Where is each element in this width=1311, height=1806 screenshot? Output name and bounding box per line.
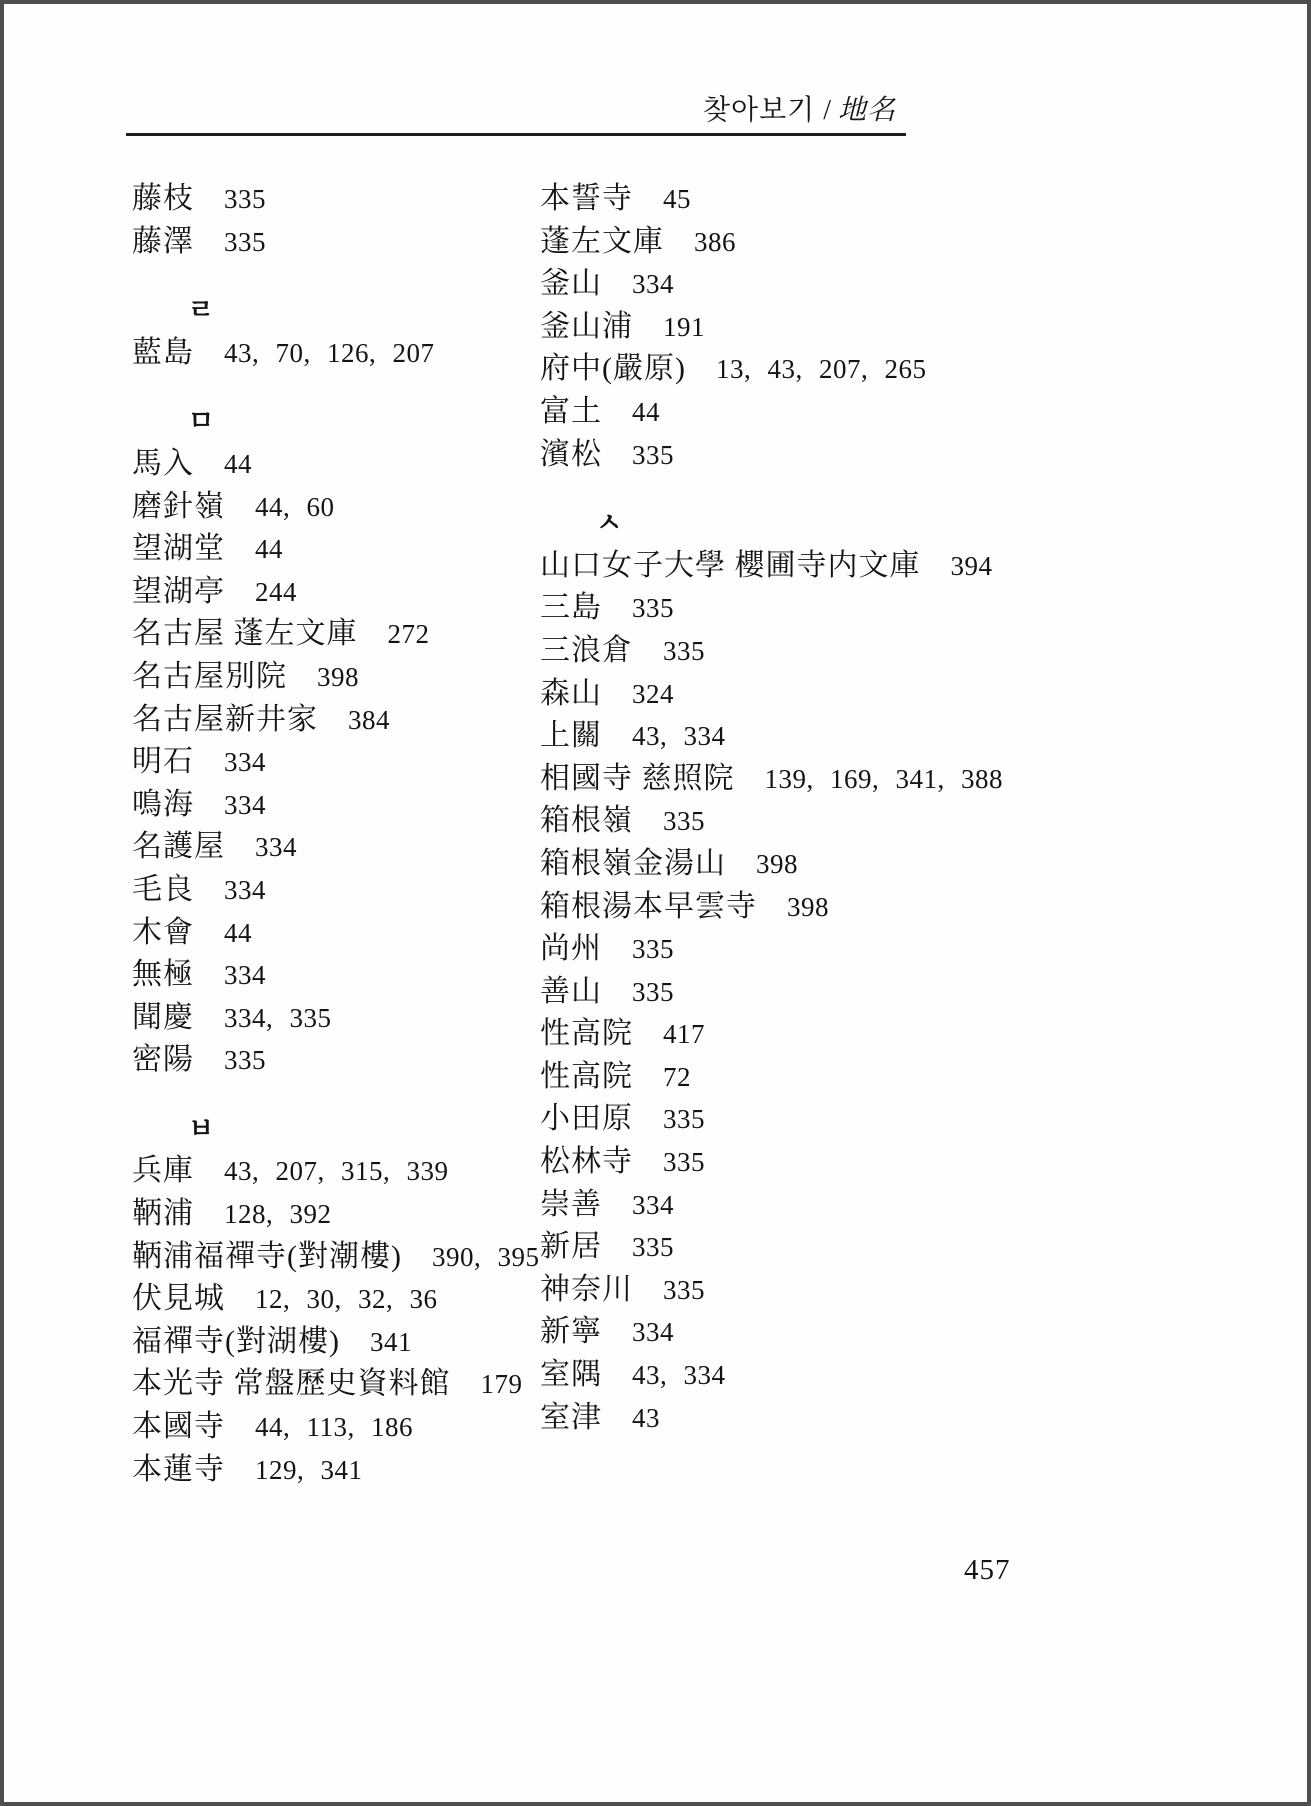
index-entry: 蓬左文庫386 [540,221,1040,264]
index-entry: 三島335 [540,587,1040,630]
entry-pages: 12, 30, 32, 36 [255,1278,438,1321]
index-entry: 小田原335 [540,1098,1040,1141]
entry-pages: 335 [663,1269,705,1312]
index-entry: 森山324 [540,673,1040,716]
entry-term: 府中(嚴原) [540,348,686,391]
index-entry: 上關43, 334 [540,715,1040,758]
entry-pages: 72 [663,1056,691,1099]
index-entry: 望湖亭244 [132,571,602,614]
index-entry: 名古屋別院398 [132,656,602,699]
entry-term: 本光寺 常盤歷史資料館 [132,1363,451,1406]
entry-term: 新居 [540,1226,602,1269]
entry-term: 福禪寺(對湖樓) [132,1321,340,1364]
entry-pages: 335 [632,928,674,971]
entry-pages: 335 [663,800,705,843]
entry-pages: 334 [632,1184,674,1227]
entry-term: 濱松 [540,434,602,477]
entry-term: 本蓮寺 [132,1449,225,1492]
entry-pages: 335 [663,1141,705,1184]
header-title-cjk: 地名 [838,95,896,126]
entry-term: 性高院 [540,1056,633,1099]
entry-pages: 334 [255,826,297,869]
entry-term: 藍島 [132,332,194,375]
entry-pages: 128, 392 [224,1193,332,1236]
index-entry: 釜山334 [540,263,1040,306]
index-entry: 無極334 [132,954,602,997]
entry-term: 毛良 [132,869,194,912]
index-entry: 本誓寺45 [540,178,1040,221]
entry-term: 藤枝 [132,178,194,221]
entry-pages: 386 [694,221,736,264]
index-entry: 箱根湯本早雲寺398 [540,886,1040,929]
index-entry: 望湖堂44 [132,528,602,571]
entry-term: 鳴海 [132,784,194,827]
entry-term: 伏見城 [132,1278,225,1321]
entry-term: 名古屋 蓬左文庫 [132,613,358,656]
entry-pages: 335 [224,1039,266,1082]
entry-term: 名古屋別院 [132,656,287,699]
entry-term: 三島 [540,587,602,630]
entry-pages: 335 [224,221,266,264]
entry-pages: 335 [632,434,674,477]
entry-pages: 335 [224,178,266,221]
entry-pages: 334 [632,1311,674,1354]
index-entry: 箱根嶺金湯山398 [540,843,1040,886]
entry-pages: 43, 70, 126, 207 [224,332,435,375]
entry-term: 箱根湯本早雲寺 [540,886,757,929]
entry-term: 箱根嶺金湯山 [540,843,726,886]
index-entry: 府中(嚴原)13, 43, 207, 265 [540,348,1040,391]
entry-pages: 44 [224,443,252,486]
index-entry: 室隅43, 334 [540,1354,1040,1397]
entry-term: 富土 [540,391,602,434]
entry-term: 藤澤 [132,221,194,264]
index-entry: 室津43 [540,1397,1040,1440]
entry-pages: 384 [348,699,390,742]
index-entry: 兵庫43, 207, 315, 339 [132,1150,602,1193]
entry-pages: 335 [632,587,674,630]
entry-term: 望湖堂 [132,528,225,571]
entry-term: 本國寺 [132,1406,225,1449]
entry-pages: 335 [632,971,674,1014]
index-entry: 名古屋新井家384 [132,699,602,742]
index-entry: 神奈川335 [540,1269,1040,1312]
index-entry: 密陽335 [132,1039,602,1082]
index-entry: 崇善334 [540,1184,1040,1227]
index-column-right: 本誓寺45蓬左文庫386釜山334釜山浦191府中(嚴原)13, 43, 207… [540,178,1040,1439]
index-entry: 馬入44 [132,443,602,486]
index-entry: 磨針嶺44, 60 [132,486,602,529]
entry-pages: 43, 334 [632,715,726,758]
index-entry: 富土44 [540,391,1040,434]
page-number: 457 [964,1554,1011,1587]
entry-pages: 334, 335 [224,997,332,1040]
index-entry: 伏見城12, 30, 32, 36 [132,1278,602,1321]
entry-term: 森山 [540,673,602,716]
index-entry: 山口女子大學 櫻圃寺内文庫394 [540,545,1040,588]
index-entry: 濱松335 [540,434,1040,477]
entry-term: 山口女子大學 櫻圃寺内文庫 [540,545,921,588]
entry-pages: 244 [255,571,297,614]
entry-term: 聞慶 [132,997,194,1040]
entry-term: 無極 [132,954,194,997]
index-entry: 鳴海334 [132,784,602,827]
entry-pages: 334 [632,263,674,306]
entry-pages: 129, 341 [255,1449,363,1492]
entry-term: 明石 [132,741,194,784]
entry-pages: 334 [224,869,266,912]
entry-pages: 324 [632,673,674,716]
entry-pages: 44 [632,391,660,434]
index-entry: 尚州335 [540,928,1040,971]
entry-term: 磨針嶺 [132,486,225,529]
entry-term: 性高院 [540,1013,633,1056]
index-entry: 木會44 [132,912,602,955]
section-heading: ㄹ [132,289,602,332]
entry-pages: 43 [632,1397,660,1440]
entry-term: 室隅 [540,1354,602,1397]
entry-pages: 341 [370,1321,412,1364]
index-entry: 名護屋334 [132,826,602,869]
entry-term: 鞆浦 [132,1193,194,1236]
index-entry: 新居335 [540,1226,1040,1269]
entry-term: 釜山 [540,263,602,306]
entry-term: 鞆浦福禪寺(對潮樓) [132,1236,402,1279]
index-entry: 聞慶334, 335 [132,997,602,1040]
section-heading: ㅅ [540,502,1040,545]
entry-pages: 335 [663,1098,705,1141]
index-entry: 鞆浦福禪寺(對潮樓)390, 395 [132,1236,602,1279]
index-entry: 釜山浦191 [540,306,1040,349]
page-header-title: 찾아보기 /地名 [703,88,896,128]
index-entry: 本國寺44, 113, 186 [132,1406,602,1449]
index-entry: 本光寺 常盤歷史資料館179 [132,1363,602,1406]
index-column-left: 藤枝335藤澤335ㄹ藍島43, 70, 126, 207ㅁ馬入44磨針嶺44,… [132,178,602,1491]
entry-term: 名古屋新井家 [132,699,318,742]
entry-term: 密陽 [132,1039,194,1082]
index-entry: 明石334 [132,741,602,784]
entry-pages: 334 [224,784,266,827]
entry-pages: 335 [663,630,705,673]
entry-pages: 390, 395 [432,1236,540,1279]
header-rule [126,133,906,136]
entry-pages: 44 [255,528,283,571]
entry-term: 三浪倉 [540,630,633,673]
entry-pages: 394 [951,545,993,588]
index-entry: 箱根嶺335 [540,800,1040,843]
index-entry: 性高院72 [540,1056,1040,1099]
entry-term: 箱根嶺 [540,800,633,843]
index-entry: 松林寺335 [540,1141,1040,1184]
index-entry: 三浪倉335 [540,630,1040,673]
entry-term: 小田原 [540,1098,633,1141]
entry-term: 釜山浦 [540,306,633,349]
index-entry: 藤枝335 [132,178,602,221]
entry-term: 相國寺 慈照院 [540,758,735,801]
entry-term: 善山 [540,971,602,1014]
index-entry: 藤澤335 [132,221,602,264]
entry-pages: 417 [663,1013,705,1056]
index-entry: 新寧334 [540,1311,1040,1354]
entry-pages: 13, 43, 207, 265 [716,348,927,391]
entry-pages: 398 [317,656,359,699]
scanned-page: 찾아보기 /地名 藤枝335藤澤335ㄹ藍島43, 70, 126, 207ㅁ馬… [4,4,1307,1802]
entry-term: 木會 [132,912,194,955]
entry-pages: 398 [756,843,798,886]
entry-term: 崇善 [540,1184,602,1227]
entry-term: 蓬左文庫 [540,221,664,264]
entry-pages: 272 [388,613,430,656]
entry-term: 尚州 [540,928,602,971]
entry-term: 松林寺 [540,1141,633,1184]
entry-term: 新寧 [540,1311,602,1354]
entry-pages: 43, 334 [632,1354,726,1397]
entry-pages: 335 [632,1226,674,1269]
entry-term: 馬入 [132,443,194,486]
entry-term: 本誓寺 [540,178,633,221]
index-entry: 藍島43, 70, 126, 207 [132,332,602,375]
index-entry: 鞆浦128, 392 [132,1193,602,1236]
index-entry: 本蓮寺129, 341 [132,1449,602,1492]
entry-term: 室津 [540,1397,602,1440]
entry-term: 上關 [540,715,602,758]
index-entry: 性高院417 [540,1013,1040,1056]
entry-pages: 43, 207, 315, 339 [224,1150,449,1193]
entry-pages: 179 [481,1363,523,1406]
entry-pages: 44, 60 [255,486,335,529]
entry-term: 兵庫 [132,1150,194,1193]
index-entry: 福禪寺(對湖樓)341 [132,1321,602,1364]
entry-pages: 139, 169, 341, 388 [765,758,1004,801]
entry-term: 望湖亭 [132,571,225,614]
index-entry: 相國寺 慈照院139, 169, 341, 388 [540,758,1040,801]
index-entry: 毛良334 [132,869,602,912]
entry-pages: 334 [224,954,266,997]
section-heading: ㅂ [132,1108,602,1151]
entry-pages: 191 [663,306,705,349]
entry-pages: 45 [663,178,691,221]
entry-pages: 44, 113, 186 [255,1406,413,1449]
header-title-korean: 찾아보기 / [703,95,832,126]
index-entry: 善山335 [540,971,1040,1014]
section-heading: ㅁ [132,400,602,443]
entry-pages: 44 [224,912,252,955]
entry-term: 名護屋 [132,826,225,869]
entry-term: 神奈川 [540,1269,633,1312]
entry-pages: 398 [787,886,829,929]
index-entry: 名古屋 蓬左文庫272 [132,613,602,656]
entry-pages: 334 [224,741,266,784]
